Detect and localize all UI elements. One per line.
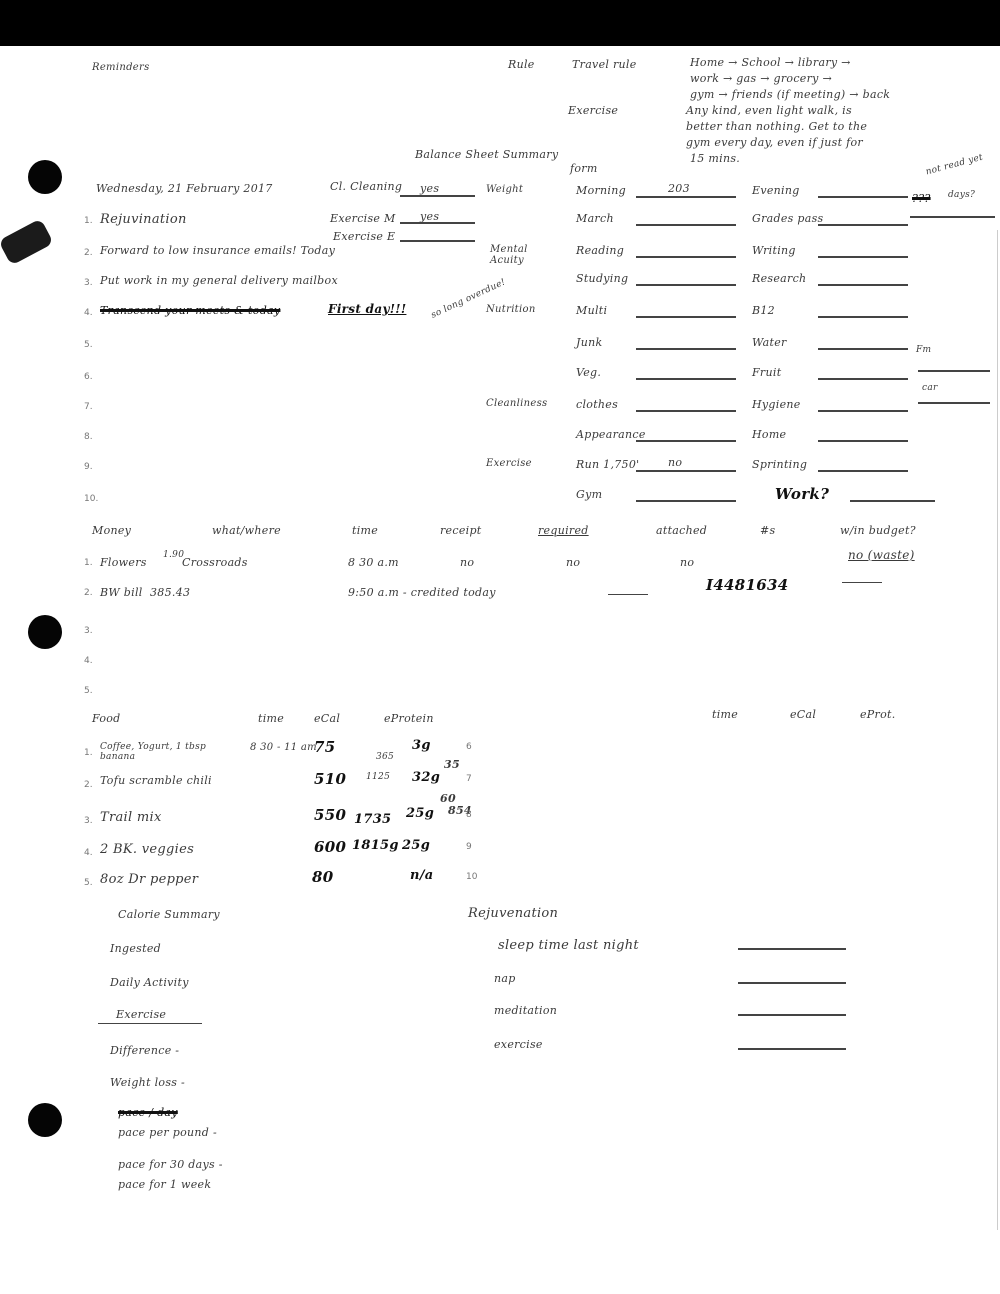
money-header: required bbox=[538, 524, 589, 537]
tracker-field[interactable] bbox=[636, 224, 736, 226]
ink-blot bbox=[0, 218, 54, 265]
food-item: Coffee, Yogurt, 1 tbsp banana bbox=[100, 742, 210, 762]
travel-rule-line: Home → School → library → bbox=[690, 56, 851, 69]
exercise-rule-line: gym every day, even if just for bbox=[686, 136, 863, 149]
tracker-field[interactable] bbox=[818, 470, 908, 472]
food-protein: 3g bbox=[412, 738, 431, 753]
rejuvenation-item: sleep time last night bbox=[498, 938, 639, 953]
calorie-summary-title: Calorie Summary bbox=[118, 908, 220, 921]
date-text: Wednesday, 21 February 2017 bbox=[96, 182, 273, 195]
tracker-label: Gym bbox=[576, 488, 602, 501]
rule-label: Rule bbox=[508, 58, 535, 71]
food-header-right: time bbox=[712, 708, 738, 721]
tracker-field[interactable] bbox=[818, 348, 908, 350]
scan-top-border bbox=[0, 0, 1000, 46]
tracker-label: Hygiene bbox=[752, 398, 801, 411]
todo-number: 8. bbox=[84, 432, 93, 442]
tracker-field[interactable] bbox=[818, 256, 908, 258]
money-header: Money bbox=[92, 524, 131, 537]
food-header-right: eProt. bbox=[860, 708, 896, 721]
tracker-label: Run 1,750' bbox=[576, 458, 639, 471]
tracker-label: Writing bbox=[752, 244, 796, 257]
money-row-number: 1. bbox=[84, 558, 93, 568]
rejuvenation-item: nap bbox=[494, 972, 516, 985]
money-item: Flowers bbox=[100, 556, 147, 569]
calorie-summary-divider bbox=[98, 1023, 202, 1024]
rejuvenation-item: exercise bbox=[494, 1038, 543, 1051]
food-running-cal: 1735 bbox=[354, 812, 391, 827]
todo-number: 10. bbox=[84, 494, 98, 504]
food-header: eCal bbox=[314, 712, 340, 725]
calorie-summary-item: Daily Activity bbox=[110, 976, 189, 989]
food-time: 8 30 - 11 am bbox=[250, 742, 317, 753]
tracker-category: Nutrition bbox=[486, 304, 546, 315]
todo-item-text[interactable]: Transcend your meets & today bbox=[100, 304, 280, 317]
margin-note: Fm bbox=[916, 345, 931, 355]
tracker-category: Exercise bbox=[486, 458, 546, 469]
travel-rule-line: work → gas → grocery → bbox=[690, 72, 832, 85]
exercise-rule-line: better than nothing. Get to the bbox=[686, 120, 867, 133]
tracker-label: Water bbox=[752, 336, 787, 349]
food-item: 8oz Dr pepper bbox=[100, 872, 198, 887]
money-header: attached bbox=[656, 524, 707, 537]
food-running-cal: 365 bbox=[376, 752, 394, 762]
cleaning-value: yes bbox=[420, 182, 439, 195]
food-cal: 510 bbox=[314, 770, 346, 788]
money-header: #s bbox=[760, 524, 775, 537]
money-dash bbox=[842, 582, 882, 583]
form-title-2: form bbox=[570, 162, 598, 175]
exercise-rule-line: Any kind, even light walk, is bbox=[686, 104, 852, 117]
calorie-summary-item: Difference - bbox=[110, 1044, 179, 1057]
food-protein: 25g bbox=[406, 806, 434, 821]
exercise-e-label: Exercise E bbox=[333, 230, 395, 243]
food-running-cal: 1815g bbox=[352, 838, 399, 853]
food-item: 2 BK. veggies bbox=[100, 842, 194, 857]
tracker-field[interactable] bbox=[818, 316, 908, 318]
money-item: BW bill bbox=[100, 586, 143, 599]
cleaning-label: Cl. Cleaning bbox=[330, 180, 402, 193]
tracker-field[interactable] bbox=[818, 410, 908, 412]
margin-note: not read yet bbox=[925, 153, 985, 178]
tracker-field[interactable] bbox=[818, 378, 908, 380]
page-edge bbox=[997, 230, 998, 1230]
todo-number: 1. bbox=[84, 216, 93, 226]
rejuvenation-field[interactable] bbox=[738, 982, 846, 984]
money-header: time bbox=[352, 524, 378, 537]
tracker-label: Sprinting bbox=[752, 458, 807, 471]
food-index: 7 bbox=[466, 774, 472, 784]
money-receipt: no bbox=[460, 556, 474, 569]
todo-number: 9. bbox=[84, 462, 93, 472]
tracker-label: clothes bbox=[576, 398, 618, 411]
food-running-cal: 1125 bbox=[366, 772, 390, 782]
todo-number: 6. bbox=[84, 372, 93, 382]
money-budget: no (waste) bbox=[848, 548, 915, 562]
money-row-number: 3. bbox=[84, 626, 93, 636]
calorie-summary-item: Exercise bbox=[116, 1008, 166, 1021]
rejuvenation-item: meditation bbox=[494, 1004, 557, 1017]
tracker-label: Junk bbox=[576, 336, 602, 349]
form-title: Balance Sheet Summary bbox=[415, 148, 558, 161]
tracker-field[interactable] bbox=[818, 284, 908, 286]
food-row-number: 2. bbox=[84, 780, 93, 790]
money-header: what/where bbox=[212, 524, 281, 537]
calorie-summary-item: Ingested bbox=[110, 942, 161, 955]
food-row-number: 1. bbox=[84, 748, 93, 758]
money-time: 8 30 a.m bbox=[348, 556, 399, 569]
rejuvenation-field[interactable] bbox=[738, 1014, 846, 1016]
tracker-field[interactable] bbox=[818, 224, 908, 226]
food-item: Trail mix bbox=[100, 810, 162, 825]
todo-item-text[interactable]: Put work in my general delivery mailbox bbox=[100, 274, 338, 287]
money-header: w/in budget? bbox=[840, 524, 916, 537]
todo-item-text[interactable]: Rejuvination bbox=[100, 212, 187, 227]
pace-item: pace for 1 week bbox=[118, 1178, 211, 1191]
tracker-label: Research bbox=[752, 272, 806, 285]
tracker-field[interactable] bbox=[636, 316, 736, 318]
rejuvenation-title: Rejuvenation bbox=[468, 906, 558, 921]
margin-line bbox=[918, 370, 990, 372]
tracker-label: Studying bbox=[576, 272, 628, 285]
tracker-label: Morning bbox=[576, 184, 626, 197]
food-cal: 75 bbox=[314, 738, 335, 756]
travel-rule-label: Travel rule bbox=[572, 58, 637, 71]
tracker-value: 203 bbox=[668, 182, 690, 195]
money-time: 9:50 a.m - credited today bbox=[348, 586, 496, 599]
calorie-summary-item: Weight loss - bbox=[110, 1076, 185, 1089]
tracker-label: March bbox=[576, 212, 614, 225]
food-index: 10 bbox=[466, 872, 477, 882]
margin-note: days? bbox=[948, 190, 975, 200]
pace-item: pace per pound - bbox=[118, 1126, 217, 1139]
tracker-field[interactable] bbox=[636, 378, 736, 380]
food-row-number: 4. bbox=[84, 848, 93, 858]
tracker-label: Fruit bbox=[752, 366, 781, 379]
food-cal: 600 bbox=[314, 838, 346, 856]
todo-item-text[interactable]: Forward to low insurance emails! Today bbox=[100, 244, 335, 257]
food-header: Food bbox=[92, 712, 121, 725]
cleaning-field[interactable] bbox=[400, 195, 475, 197]
food-protein: 32g bbox=[412, 770, 440, 785]
tracker-field[interactable] bbox=[636, 348, 736, 350]
food-cal: 550 bbox=[314, 806, 346, 824]
money-row-number: 2. bbox=[84, 588, 93, 598]
tracker-label: B12 bbox=[752, 304, 775, 317]
rejuvenation-field[interactable] bbox=[738, 1048, 846, 1050]
food-index: 9 bbox=[466, 842, 472, 852]
exercise-rule-label: Exercise bbox=[568, 104, 618, 117]
reminders-label: Reminders bbox=[92, 62, 150, 73]
food-running-protein: 35 bbox=[444, 758, 460, 771]
tracker-label: Grades pass bbox=[752, 212, 824, 225]
margin-line bbox=[918, 402, 990, 404]
tracker-field[interactable] bbox=[636, 196, 736, 198]
punch-hole bbox=[28, 615, 62, 649]
food-row-number: 3. bbox=[84, 816, 93, 826]
tracker-field[interactable] bbox=[636, 470, 736, 472]
money-amount: 385.43 bbox=[150, 586, 190, 599]
todo-number: 2. bbox=[84, 248, 93, 258]
money-dash bbox=[608, 594, 648, 595]
tracker-label: Reading bbox=[576, 244, 624, 257]
rejuvenation-field[interactable] bbox=[738, 948, 846, 950]
food-header: time bbox=[258, 712, 284, 725]
tracker-label: Veg. bbox=[576, 366, 601, 379]
money-header: receipt bbox=[440, 524, 482, 537]
tracker-field[interactable] bbox=[636, 256, 736, 258]
tracker-category: Mental Acuity bbox=[490, 244, 550, 266]
pace-struck: pace / day bbox=[118, 1106, 178, 1119]
todo-number: 3. bbox=[84, 278, 93, 288]
exercise-e-field[interactable] bbox=[400, 240, 475, 242]
punch-hole bbox=[28, 1103, 62, 1137]
money-where: Crossroads bbox=[182, 556, 248, 569]
money-row-number: 4. bbox=[84, 656, 93, 666]
tracker-value: no bbox=[668, 456, 682, 469]
todo-note: First day!!! bbox=[328, 302, 406, 316]
money-number: I4481634 bbox=[706, 576, 788, 594]
food-index: 8 bbox=[466, 810, 472, 820]
tracker-field[interactable] bbox=[818, 440, 908, 442]
money-row-number: 5. bbox=[84, 686, 93, 696]
money-attached: no bbox=[680, 556, 694, 569]
tracker-label: Multi bbox=[576, 304, 607, 317]
tracker-field[interactable] bbox=[636, 440, 736, 442]
margin-note: car bbox=[922, 383, 938, 393]
tracker-category: Cleanliness bbox=[486, 398, 546, 409]
pace-item: pace for 30 days - bbox=[118, 1158, 223, 1171]
food-protein: 25g bbox=[402, 838, 430, 853]
tracker-category: Weight bbox=[486, 184, 546, 195]
tracker-field[interactable] bbox=[850, 500, 935, 502]
todo-number: 7. bbox=[84, 402, 93, 412]
food-index: 6 bbox=[466, 742, 472, 752]
exercise-rule-line: 15 mins. bbox=[690, 152, 740, 165]
food-item: Tofu scramble chili bbox=[100, 774, 212, 787]
todo-number: 4. bbox=[84, 308, 93, 318]
food-cal: 80 bbox=[312, 868, 333, 886]
travel-rule-line: gym → friends (if meeting) → back bbox=[690, 88, 890, 101]
margin-line bbox=[910, 216, 995, 218]
tracker-label: Evening bbox=[752, 184, 800, 197]
tracker-field[interactable] bbox=[636, 500, 736, 502]
todo-number: 5. bbox=[84, 340, 93, 350]
food-protein: n/a bbox=[410, 868, 434, 883]
tracker-label: Home bbox=[752, 428, 786, 441]
tracker-field[interactable] bbox=[636, 410, 736, 412]
food-header: eProtein bbox=[384, 712, 434, 725]
margin-note-struck: ??? bbox=[912, 192, 931, 205]
food-row-number: 5. bbox=[84, 878, 93, 888]
punch-hole bbox=[28, 160, 62, 194]
exercise-m-value: yes bbox=[420, 210, 439, 223]
tracker-field[interactable] bbox=[636, 284, 736, 286]
money-required: no bbox=[566, 556, 580, 569]
food-header-right: eCal bbox=[790, 708, 816, 721]
tracker-label: Work? bbox=[775, 485, 829, 503]
tracker-field[interactable] bbox=[818, 196, 908, 198]
exercise-m-label: Exercise M bbox=[330, 212, 396, 225]
